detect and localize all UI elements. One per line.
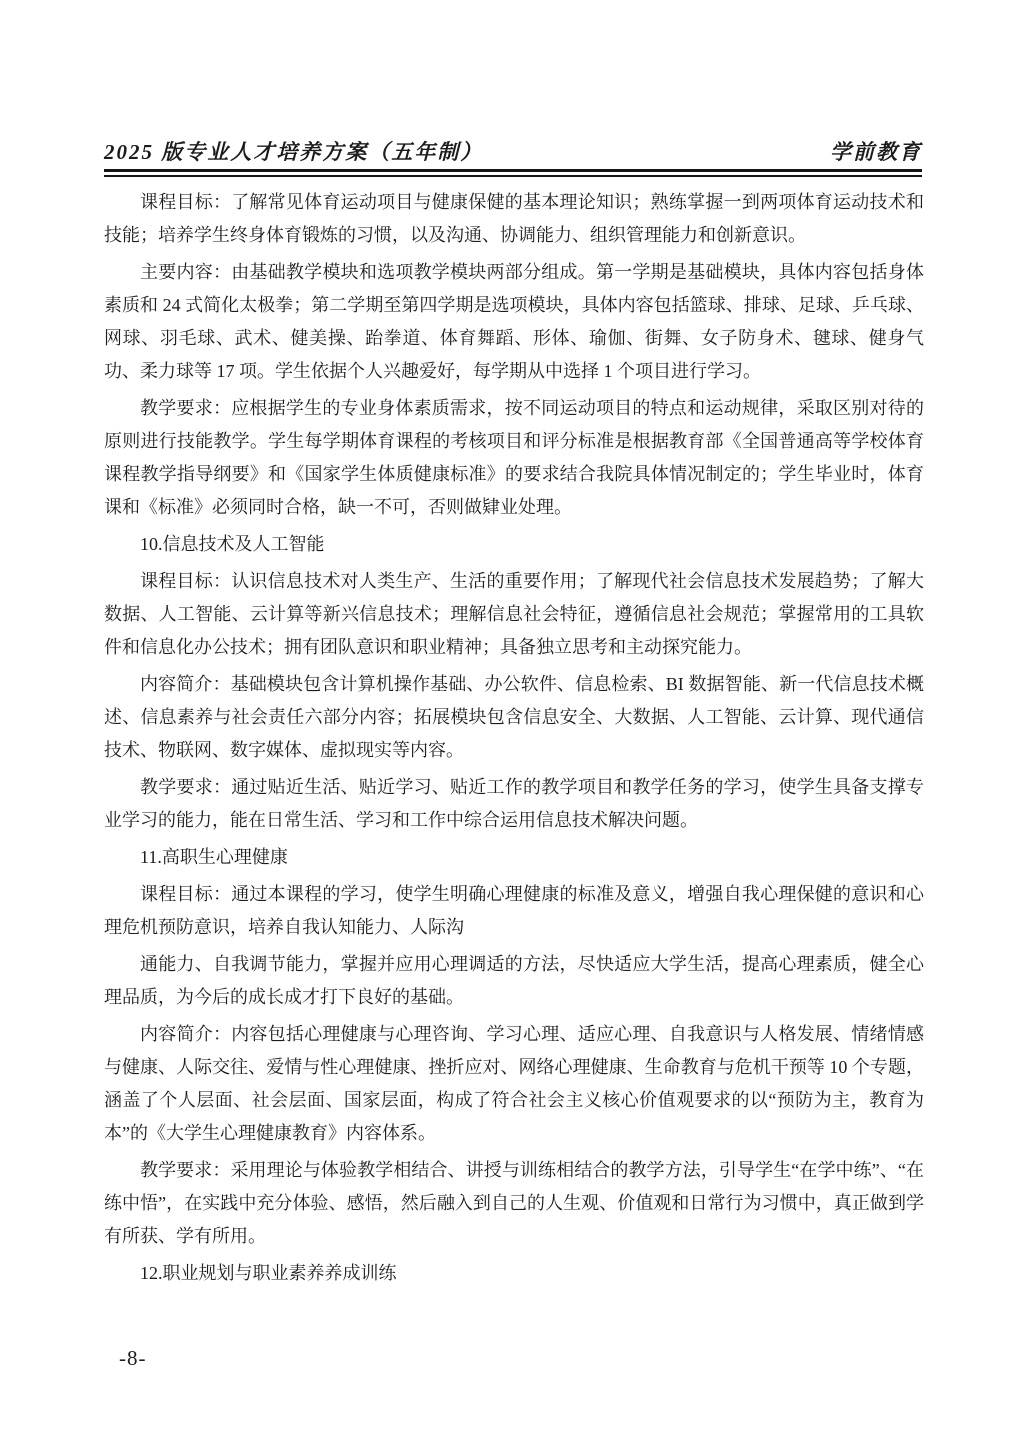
header-rule	[104, 169, 922, 177]
body-paragraph-course-goal-it: 课程目标：认识信息技术对人类生产、生活的重要作用；了解现代社会信息技术发展趋势；…	[104, 565, 924, 664]
body-paragraph-teaching-req-mh: 教学要求：采用理论与体验教学相结合、讲授与训练相结合的教学方法，引导学生“在学中…	[104, 1154, 924, 1253]
body-paragraph-course-goal-pe: 课程目标：了解常见体育运动项目与健康保健的基本理论知识；熟练掌握一到两项体育运动…	[104, 186, 924, 252]
body-paragraph-main-content-pe: 主要内容：由基础教学模块和选项教学模块两部分组成。第一学期是基础模块，具体内容包…	[104, 256, 924, 388]
section-heading-12-career-planning: 12.职业规划与职业素养养成训练	[104, 1257, 924, 1290]
header-right-title: 学前教育	[830, 136, 922, 166]
body-paragraph-course-goal-mh-part2: 通能力、自我调节能力，掌握并应用心理调适的方法，尽快适应大学生活，提高心理素质，…	[104, 948, 924, 1014]
document-body: 课程目标：了解常见体育运动项目与健康保健的基本理论知识；熟练掌握一到两项体育运动…	[104, 186, 924, 1294]
body-paragraph-course-goal-mh-part1: 课程目标：通过本课程的学习，使学生明确心理健康的标准及意义，增强自我心理保健的意…	[104, 878, 924, 944]
page-footer: -8-	[119, 1346, 147, 1371]
section-heading-10-it-ai: 10.信息技术及人工智能	[104, 528, 924, 561]
body-paragraph-content-intro-it: 内容简介：基础模块包含计算机操作基础、办公软件、信息检索、BI 数据智能、新一代…	[104, 668, 924, 767]
body-paragraph-content-intro-mh: 内容简介：内容包括心理健康与心理咨询、学习心理、适应心理、自我意识与人格发展、情…	[104, 1018, 924, 1150]
section-heading-11-mental-health: 11.高职生心理健康	[104, 841, 924, 874]
body-paragraph-teaching-req-pe: 教学要求：应根据学生的专业身体素质需求，按不同运动项目的特点和运动规律，采取区别…	[104, 392, 924, 524]
document-page: 2025 版专业人才培养方案（五年制） 学前教育 课程目标：了解常见体育运动项目…	[0, 0, 1024, 1448]
page-number: -8-	[119, 1346, 147, 1370]
page-header: 2025 版专业人才培养方案（五年制） 学前教育	[104, 136, 922, 166]
header-left-title: 2025 版专业人才培养方案（五年制）	[104, 136, 483, 166]
body-paragraph-teaching-req-it: 教学要求：通过贴近生活、贴近学习、贴近工作的教学项目和教学任务的学习，使学生具备…	[104, 771, 924, 837]
